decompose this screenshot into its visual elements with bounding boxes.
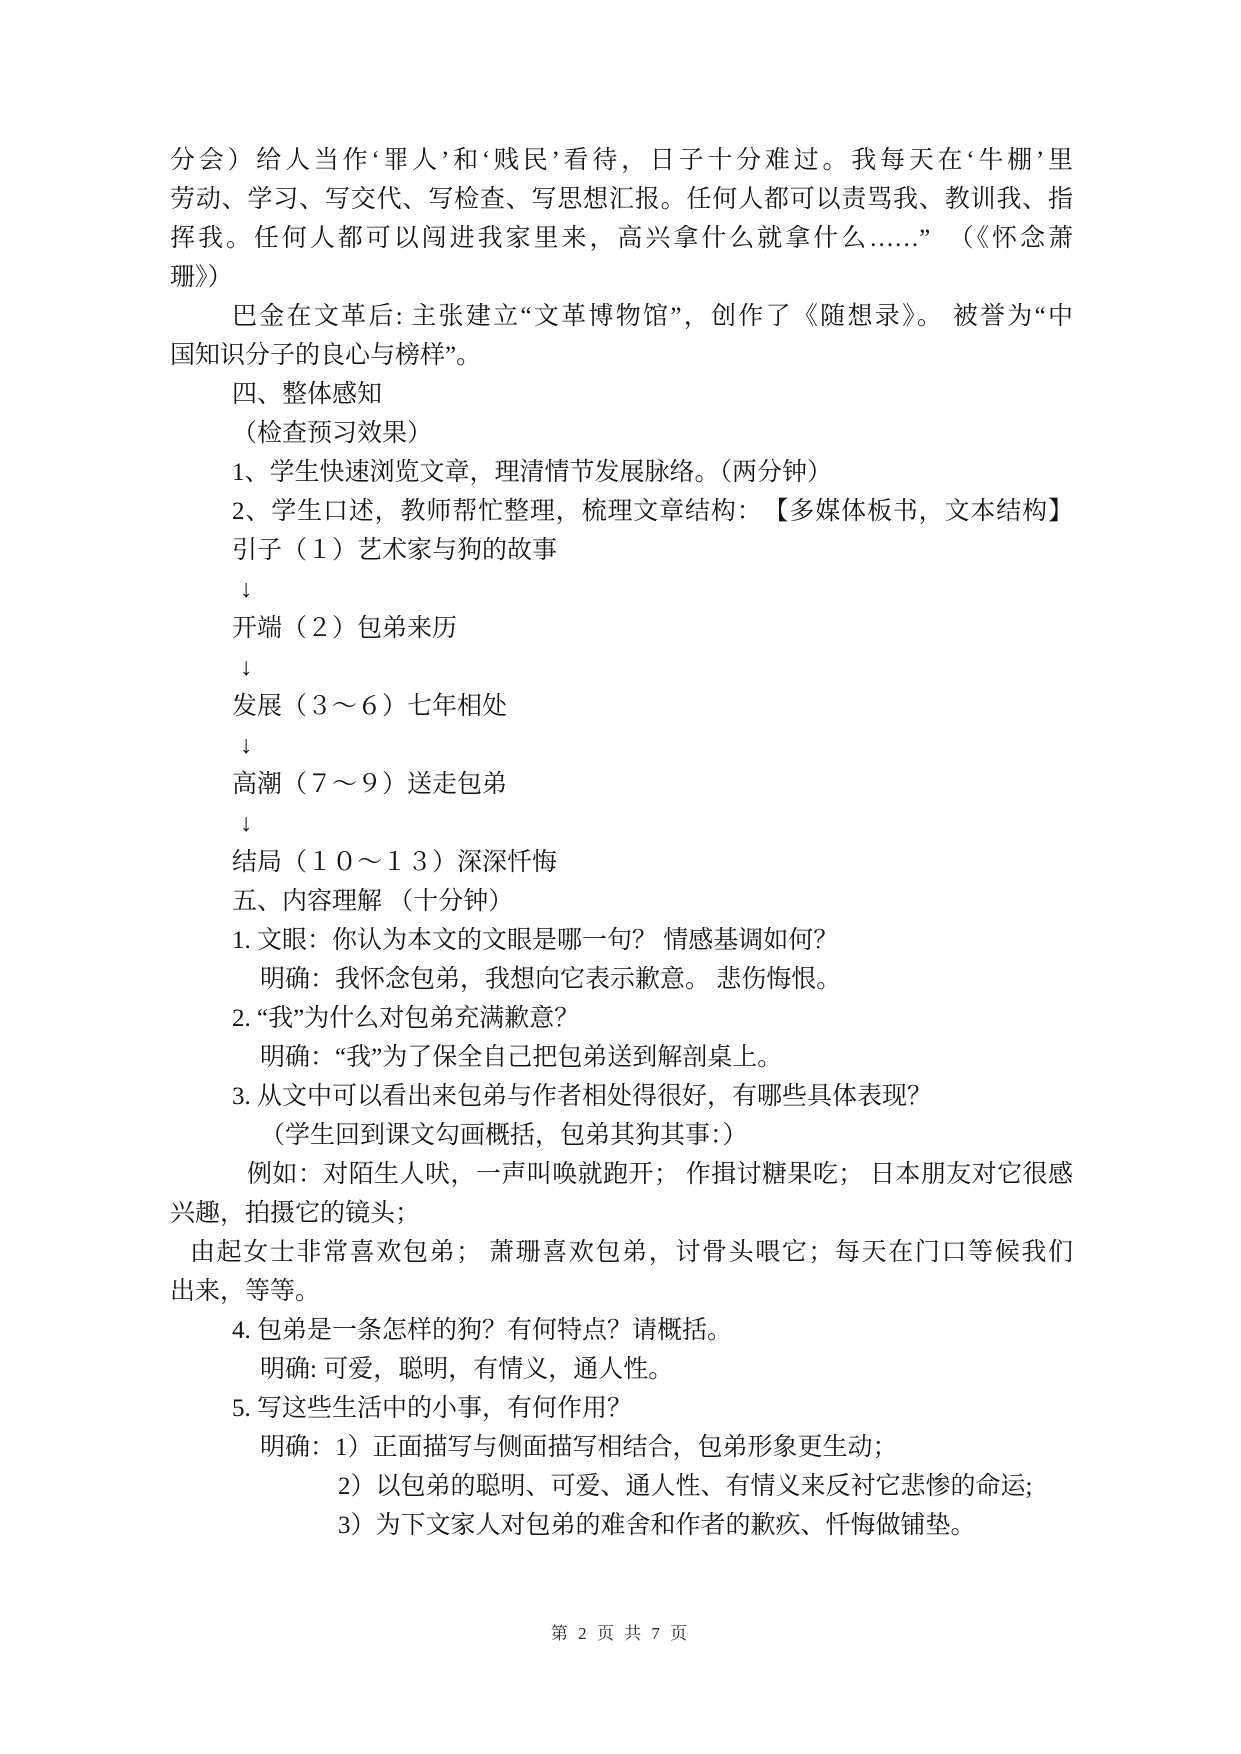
answer-line: 明确：1）正面描写与侧面描写相结合，包弟形象更生动； (170, 1428, 1073, 1467)
text-line: 兴趣，拍摄它的镜头； (170, 1194, 1073, 1233)
down-arrow-icon: ↓ (170, 570, 1073, 609)
down-arrow-icon: ↓ (170, 648, 1073, 687)
question-item: 1. 文眼：你认为本文的文眼是哪一句？ 情感基调如何？ (170, 921, 1073, 960)
question-item: 4. 包弟是一条怎样的狗？有何特点？请概括。 (170, 1311, 1073, 1350)
answer-line: 3）为下文家人对包弟的难舍和作者的歉疚、忏悔做铺垫。 (170, 1506, 1073, 1545)
text-line: （检查预习效果） (170, 414, 1073, 453)
structure-step: 高潮（７～９）送走包弟 (170, 765, 1073, 804)
text-line: 劳动、学习、写交代、写检查、写思想汇报。任何人都可以责骂我、教训我、指 (170, 180, 1073, 219)
note-line: （学生回到课文勾画概括，包弟其狗其事：） (170, 1116, 1073, 1155)
answer-line: 明确：“我”为了保全自己把包弟送到解剖桌上。 (170, 1038, 1073, 1077)
section-heading: 四、整体感知 (170, 375, 1073, 414)
text-line: 由起女士非常喜欢包弟； 萧珊喜欢包弟，讨骨头喂它；每天在门口等候我们 (170, 1233, 1073, 1272)
structure-step: 结局（１０～１３）深深忏悔 (170, 843, 1073, 882)
structure-step: 开端（２）包弟来历 (170, 609, 1073, 648)
down-arrow-icon: ↓ (170, 726, 1073, 765)
list-item: 1、学生快速浏览文章，理清情节发展脉络。（两分钟） (170, 453, 1073, 492)
structure-step: 引子（１）艺术家与狗的故事 (170, 531, 1073, 570)
text-line: 挥我。任何人都可以闯进我家里来，高兴拿什么就拿什么……” （《怀念萧 (170, 219, 1073, 258)
document-body: 分会）给人当作‘罪人’和‘贱民’看待，日子十分难过。我每天在‘牛棚’里 劳动、学… (170, 141, 1073, 1545)
question-item: 2. “我”为什么对包弟充满歉意？ (170, 999, 1073, 1038)
text-line: 国知识分子的良心与榜样”。 (170, 336, 1073, 375)
text-line: 巴金在文革后: 主张建立“文革博物馆”，创作了《随想录》。 被誉为“中 (170, 297, 1073, 336)
section-heading: 五、内容理解 （十分钟） (170, 882, 1073, 921)
document-page: 分会）给人当作‘罪人’和‘贱民’看待，日子十分难过。我每天在‘牛棚’里 劳动、学… (0, 0, 1241, 1754)
answer-line: 明确: 可爱，聪明，有情义，通人性。 (170, 1350, 1073, 1389)
down-arrow-icon: ↓ (170, 804, 1073, 843)
text-line: 分会）给人当作‘罪人’和‘贱民’看待，日子十分难过。我每天在‘牛棚’里 (170, 141, 1073, 180)
text-line: 出来，等等。 (170, 1272, 1073, 1311)
page-number-footer: 第 2 页 共 7 页 (0, 1619, 1241, 1644)
list-item: 2、学生口述，教师帮忙整理，梳理文章结构： 【多媒体板书，文本结构】 (170, 492, 1073, 531)
answer-line: 明确：我怀念包弟，我想向它表示歉意。 悲伤悔恨。 (170, 960, 1073, 999)
answer-line: 2）以包弟的聪明、可爱、通人性、有情义来反衬它悲惨的命运; (170, 1467, 1073, 1506)
question-item: 3. 从文中可以看出来包弟与作者相处得很好，有哪些具体表现？ (170, 1077, 1073, 1116)
text-line: 珊》） (170, 258, 1073, 297)
question-item: 5. 写这些生活中的小事，有何作用？ (170, 1389, 1073, 1428)
structure-step: 发展（３～６）七年相处 (170, 687, 1073, 726)
example-line: 例如：对陌生人吠，一声叫唤就跑开； 作揖讨糖果吃； 日本朋友对它很感 (170, 1155, 1073, 1194)
